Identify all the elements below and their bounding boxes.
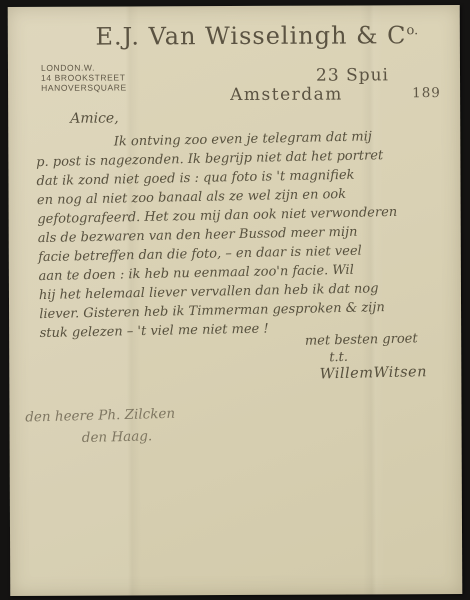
closing-line: WillemWitsen	[305, 364, 427, 384]
scan-background: { "scan": { "background_color": "#141312…	[0, 0, 470, 600]
closing-line: met besten groet	[305, 330, 427, 350]
letterhead-street: 23 Spui	[316, 65, 389, 85]
letterhead-london-address: LONDON.W.14 BROOKSTREETHANOVERSQUARE	[41, 62, 127, 92]
letter-paper: E.J. Van Wisselingh & Co. LONDON.W.14 BR…	[8, 5, 463, 596]
salutation: Amice,	[70, 111, 119, 127]
london-address-line: 14 BROOKSTREET	[41, 72, 127, 82]
letterhead-year-prefix: 189	[412, 85, 441, 101]
london-address-line: LONDON.W.	[41, 62, 127, 72]
company-name-text: E.J. Van Wisselingh & C	[95, 21, 406, 50]
letter-body: Ik ontving zoo even je telegram dat mijp…	[36, 126, 450, 343]
address-line: den Haag.	[26, 425, 176, 451]
closing-signature-block: met besten groett.t.WillemWitsen	[305, 330, 427, 384]
london-address-line: HANOVERSQUARE	[41, 82, 127, 92]
letterhead-city: Amsterdam	[230, 85, 343, 105]
address-line: den heere Ph. Zilcken	[25, 403, 175, 429]
recipient-address-block: den heere Ph. Zilckenden Haag.	[25, 403, 176, 451]
company-suffix-superscript: o.	[406, 23, 418, 38]
letterhead-company-name: E.J. Van Wisselingh & Co.	[8, 21, 460, 51]
